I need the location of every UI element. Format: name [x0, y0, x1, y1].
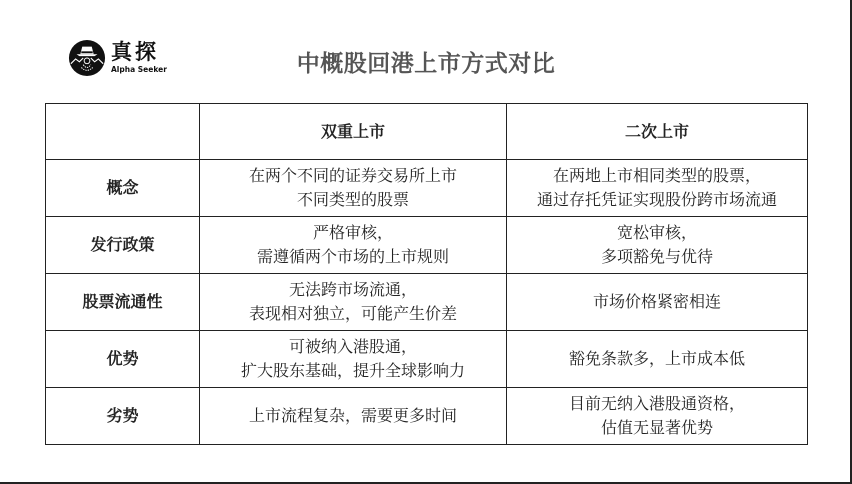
row-label: 概念 [46, 160, 200, 217]
table-row-advantages: 优势 可被纳入港股通， 扩大股东基础，提升全球影响力 豁免条款多，上市成本低 [46, 331, 808, 388]
page-title: 中概股回港上市方式对比 [0, 45, 852, 78]
cell-line: 需遵循两个市场的上市规则 [204, 245, 502, 269]
table-row-disadvantages: 劣势 上市流程复杂，需要更多时间 目前无纳入港股通资格， 估值无显著优势 [46, 388, 808, 445]
row-label: 优势 [46, 331, 200, 388]
table-row-policy: 发行政策 严格审核， 需遵循两个市场的上市规则 宽松审核， 多项豁免与优待 [46, 217, 808, 274]
table-header-row: 双重上市 二次上市 [46, 104, 808, 160]
row-label: 劣势 [46, 388, 200, 445]
table-row-concept: 概念 在两个不同的证券交易所上市 不同类型的股票 在两地上市相同类型的股票， 通… [46, 160, 808, 217]
cell-line: 多项豁免与优待 [511, 245, 803, 269]
dual-cell: 无法跨市场流通， 表现相对独立，可能产生价差 [200, 274, 507, 331]
secondary-cell: 在两地上市相同类型的股票， 通过存托凭证实现股份跨市场流通 [507, 160, 808, 217]
cell-line: 可被纳入港股通， [204, 335, 502, 359]
dual-cell: 可被纳入港股通， 扩大股东基础，提升全球影响力 [200, 331, 507, 388]
row-label: 发行政策 [46, 217, 200, 274]
cell-line: 市场价格紧密相连 [511, 290, 803, 314]
secondary-cell: 豁免条款多，上市成本低 [507, 331, 808, 388]
page: 真探 Alpha Seeker 中概股回港上市方式对比 双重上市 二次上市 概念… [0, 0, 852, 484]
dual-cell: 上市流程复杂，需要更多时间 [200, 388, 507, 445]
cell-line: 在两地上市相同类型的股票， [511, 164, 803, 188]
cell-line: 在两个不同的证券交易所上市 [204, 164, 502, 188]
secondary-cell: 目前无纳入港股通资格， 估值无显著优势 [507, 388, 808, 445]
cell-line: 目前无纳入港股通资格， [511, 392, 803, 416]
header-dual-listing: 双重上市 [200, 104, 507, 160]
row-label: 股票流通性 [46, 274, 200, 331]
cell-line: 估值无显著优势 [511, 416, 803, 440]
cell-line: 无法跨市场流通， [204, 278, 502, 302]
cell-line: 宽松审核， [511, 221, 803, 245]
secondary-cell: 市场价格紧密相连 [507, 274, 808, 331]
header-secondary-listing: 二次上市 [507, 104, 808, 160]
cell-line: 扩大股东基础，提升全球影响力 [204, 359, 502, 383]
cell-line: 表现相对独立，可能产生价差 [204, 302, 502, 326]
cell-line: 上市流程复杂，需要更多时间 [204, 404, 502, 428]
cell-line: 不同类型的股票 [204, 188, 502, 212]
dual-cell: 严格审核， 需遵循两个市场的上市规则 [200, 217, 507, 274]
cell-line: 豁免条款多，上市成本低 [511, 347, 803, 371]
table-row-liquidity: 股票流通性 无法跨市场流通， 表现相对独立，可能产生价差 市场价格紧密相连 [46, 274, 808, 331]
dual-cell: 在两个不同的证券交易所上市 不同类型的股票 [200, 160, 507, 217]
comparison-table: 双重上市 二次上市 概念 在两个不同的证券交易所上市 不同类型的股票 在两地上市… [45, 103, 808, 445]
cell-line: 严格审核， [204, 221, 502, 245]
cell-line: 通过存托凭证实现股份跨市场流通 [511, 188, 803, 212]
secondary-cell: 宽松审核， 多项豁免与优待 [507, 217, 808, 274]
header-empty-cell [46, 104, 200, 160]
